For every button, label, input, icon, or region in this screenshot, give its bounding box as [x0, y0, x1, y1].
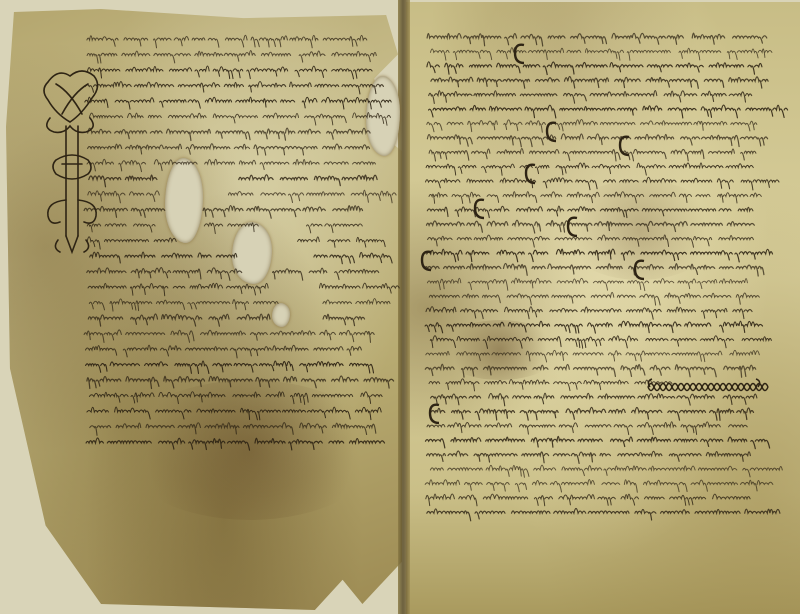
script-text-line [425, 364, 755, 377]
braided-divider-icon [648, 379, 768, 391]
initial-letter-icon [430, 405, 439, 423]
script-text-line [87, 407, 381, 420]
script-ink-layer [0, 0, 800, 614]
script-text-line [85, 97, 391, 109]
script-text-line [89, 113, 390, 126]
script-text-line [87, 159, 375, 171]
script-text-line [429, 292, 759, 305]
script-text-line [429, 192, 761, 204]
script-text-line [86, 361, 374, 374]
script-text-line [431, 77, 768, 89]
script-text-line [88, 190, 396, 203]
script-text-line [426, 350, 760, 362]
script-text-line [429, 91, 752, 104]
script-text-line [87, 237, 385, 249]
script-text-line [87, 35, 367, 48]
script-text-line [427, 249, 773, 262]
script-text-line [90, 252, 392, 264]
script-text-line [88, 66, 373, 79]
script-text-line [88, 283, 399, 296]
script-text-line [88, 128, 370, 140]
script-text-line [88, 144, 370, 155]
script-text-line [430, 336, 771, 349]
script-text-line [426, 177, 780, 190]
initial-letter-icon [515, 45, 524, 63]
script-text-line [87, 51, 376, 64]
script-text-line [431, 48, 772, 61]
script-text-line [84, 330, 374, 342]
script-text-line [85, 82, 383, 94]
script-text-line [89, 175, 377, 187]
script-text-line [429, 379, 672, 391]
script-lines [84, 33, 788, 521]
rubric-initials [422, 45, 644, 423]
script-text-line [426, 436, 770, 448]
script-text-line [429, 105, 788, 118]
script-text-line [431, 407, 754, 420]
script-text-line [427, 120, 757, 133]
script-text-line [427, 451, 751, 463]
script-text-line [427, 220, 755, 233]
script-text-line [86, 345, 362, 358]
script-text-line [88, 314, 364, 326]
script-text-line [86, 438, 384, 450]
initial-letter-icon [568, 218, 577, 236]
script-text-line [430, 465, 782, 477]
script-text-line [425, 480, 773, 493]
script-text-line [428, 235, 754, 247]
script-text-line [84, 206, 362, 219]
script-text-line [427, 509, 780, 521]
script-text-line [427, 278, 747, 291]
initial-letter-icon [635, 261, 644, 279]
script-text-line [87, 376, 394, 388]
script-text-line [427, 62, 762, 75]
script-text-line [426, 163, 753, 176]
script-text-line [431, 393, 757, 406]
script-text-line [87, 268, 379, 281]
script-text-line [429, 149, 756, 162]
script-text-line [427, 422, 747, 435]
script-text-line [425, 321, 762, 333]
script-text-line [426, 494, 750, 506]
script-text-line [87, 223, 362, 234]
manuscript-spread: Open medieval manuscript, two facing par… [0, 0, 800, 614]
script-text-line [426, 307, 752, 320]
script-text-line [89, 299, 390, 312]
script-text-line [89, 392, 382, 405]
script-text-line [427, 33, 767, 46]
script-text-line [425, 264, 764, 276]
script-text-line [90, 423, 376, 436]
script-text-line [427, 134, 767, 147]
initial-letter-icon [547, 123, 556, 141]
